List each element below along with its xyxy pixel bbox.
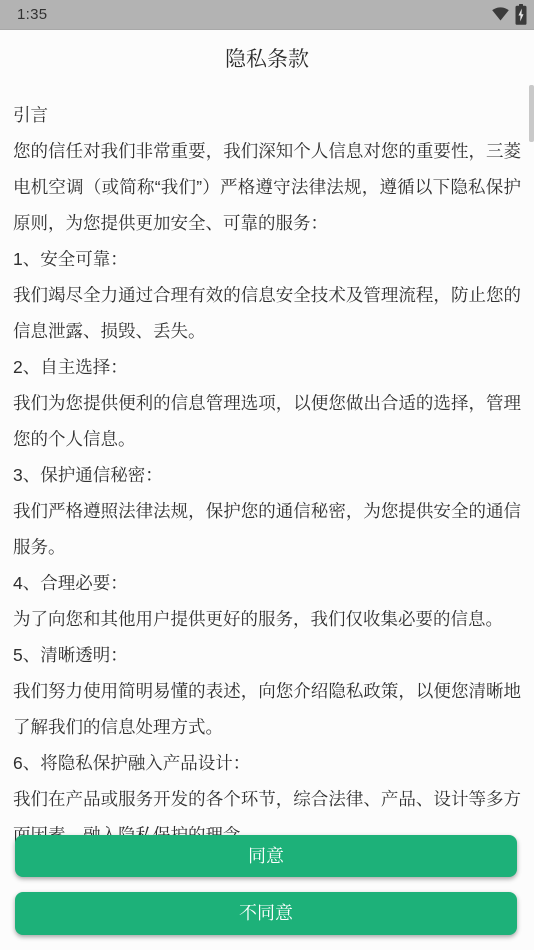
- policy-paragraph: 我们努力使用简明易懂的表述，向您介绍隐私政策，以便您清晰地了解我们的信息处理方式…: [13, 673, 521, 745]
- disagree-button[interactable]: 不同意: [15, 892, 517, 935]
- policy-paragraph: 3、保护通信秘密：: [13, 457, 521, 493]
- policy-paragraph: 我们严格遵照法律法规，保护您的通信秘密，为您提供安全的通信服务。: [13, 493, 521, 565]
- policy-text: 引言 您的信任对我们非常重要，我们深知个人信息对您的重要性，三菱电机空调（或简称…: [13, 97, 521, 853]
- policy-paragraph: 2、自主选择：: [13, 349, 521, 385]
- battery-charging-icon: [515, 4, 527, 25]
- status-icons: [491, 4, 527, 25]
- policy-paragraph: 4、合理必要：: [13, 565, 521, 601]
- status-time: 1:35: [17, 6, 47, 23]
- agree-button[interactable]: 同意: [15, 835, 517, 877]
- policy-paragraph: 6、将隐私保护融入产品设计：: [13, 745, 521, 781]
- policy-paragraph: 我们为您提供便利的信息管理选项，以便您做出合适的选择，管理您的个人信息。: [13, 385, 521, 457]
- privacy-terms-screen: 1:35 隐私条款 引言 您的信任对我们非常重要，我们深知个人信息对您的重要性，…: [0, 0, 534, 950]
- status-bar: 1:35: [0, 0, 534, 30]
- scrollbar-thumb[interactable]: [529, 85, 534, 142]
- page-title: 隐私条款: [0, 47, 534, 73]
- policy-paragraph: 我们竭尽全力通过合理有效的信息安全技术及管理流程，防止您的信息泄露、损毁、丢失。: [13, 277, 521, 349]
- wifi-icon: [491, 6, 510, 23]
- policy-paragraph: 您的信任对我们非常重要，我们深知个人信息对您的重要性，三菱电机空调（或简称“我们…: [13, 133, 521, 241]
- policy-paragraph: 1、安全可靠：: [13, 241, 521, 277]
- policy-paragraph: 引言: [13, 97, 521, 133]
- policy-paragraph: 5、清晰透明：: [13, 637, 521, 673]
- policy-paragraph: 为了向您和其他用户提供更好的服务，我们仅收集必要的信息。: [13, 601, 521, 637]
